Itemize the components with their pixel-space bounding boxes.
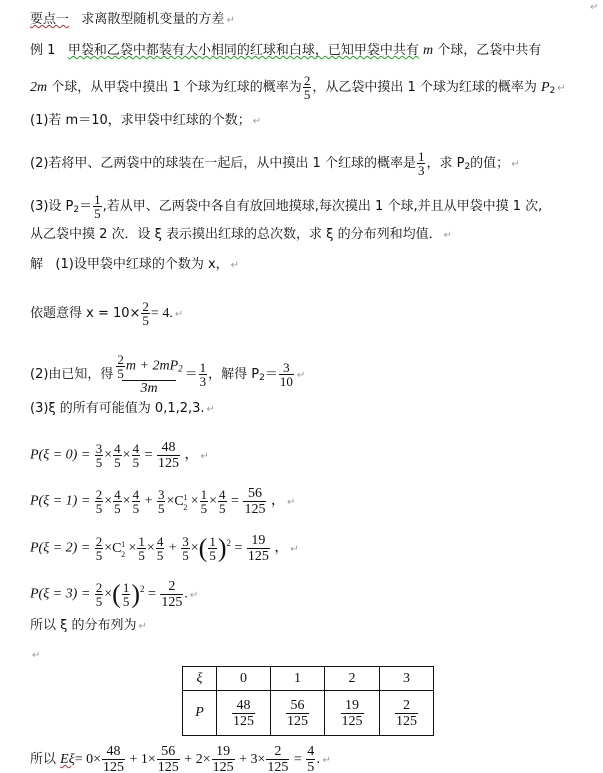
table-cell: 2 — [325, 667, 380, 691]
example-line-2: 2m 个球，从甲袋中摸出 1 个球为红球的概率为25，从乙袋中摸出 1 个球为红… — [30, 74, 566, 101]
table-cell: 3 — [380, 667, 434, 691]
prob-xi-2: P(ξ = 2) = 25×C12 ×15×45 + 35×(15)2 = 19… — [30, 533, 299, 564]
table-cell: 2125 — [380, 691, 434, 736]
fraction: 25 — [141, 300, 150, 327]
heading-prefix: 要点一 — [30, 12, 69, 27]
question-1: (1)若 m＝10，求甲袋中红球的个数；↵ — [30, 113, 261, 130]
fraction: 25 — [303, 74, 312, 101]
solution-1: 解 (1)设甲袋中红球的个数为 x，↵ — [30, 257, 239, 274]
solution-1b: 依题意得 x = 10×25= 4.↵ — [30, 300, 183, 327]
example-line-1: 例 1 甲袋和乙袋中都装有大小相同的红球和白球，已知甲袋中共有 m 个球，乙袋中… — [30, 43, 541, 59]
table-header-xi: ξ — [183, 667, 217, 691]
fraction: 13 — [199, 361, 208, 388]
distribution-intro: 所以 ξ 的分布列为↵ — [30, 618, 147, 635]
paragraph-mark: ↵ — [590, 2, 598, 13]
solution-2: (2)由已知，得25m + 2mP23m＝13，解得 P2＝310↵ — [30, 353, 305, 396]
fraction: 15 — [93, 193, 102, 220]
table-header-p: P — [183, 691, 217, 736]
table-row-values: ξ 0 1 2 3 — [183, 667, 434, 691]
solution-3: (3)ξ 的所有可能值为 0,1,2,3.↵ — [30, 401, 215, 418]
prob-xi-3: P(ξ = 3) = 25×(15)2 = 2125.↵ — [30, 579, 198, 610]
question-3-cont: 从乙袋中摸 2 次．设 ξ 表示摸出红球的总次数，求 ξ 的分布列和均值．↵ — [30, 227, 452, 244]
fraction: 13 — [417, 150, 426, 177]
empty-paragraph: ↵ — [30, 647, 40, 664]
question-3: (3)设 P2＝15,若从甲、乙两袋中各自有放回地摸球,每次摸出 1 个球,并且… — [30, 193, 542, 220]
fraction: 310 — [279, 361, 294, 388]
table-cell: 0 — [217, 667, 271, 691]
section-heading: 要点一 求离散型随机变量的方差↵ — [30, 12, 235, 29]
table-row-probs: P 48125 56125 19125 2125 — [183, 691, 434, 736]
prob-xi-0: P(ξ = 0) = 35×45×45 = 48125 ，↵ — [30, 440, 209, 471]
solution-label: 解 — [30, 257, 43, 272]
prob-xi-1: P(ξ = 1) = 25×45×45 + 35×C12 ×15×45 = 56… — [30, 486, 295, 517]
example-label: 例 1 — [30, 43, 55, 58]
table-cell: 48125 — [217, 691, 271, 736]
heading-title: 求离散型随机变量的方差 — [81, 12, 224, 27]
expected-value: 所以 Eξ= 0×48125 + 1×56125 + 2×19125 + 3×2… — [30, 744, 331, 773]
compound-fraction: 25m + 2mP23m — [114, 353, 183, 396]
question-2: (2)若将甲、乙两袋中的球装在一起后，从中摸出 1 个红球的概率是13，求 P2… — [30, 150, 520, 177]
distribution-table: ξ 0 1 2 3 P 48125 56125 19125 2125 — [182, 666, 434, 736]
table-cell: 19125 — [325, 691, 380, 736]
table-cell: 1 — [271, 667, 325, 691]
table-cell: 56125 — [271, 691, 325, 736]
